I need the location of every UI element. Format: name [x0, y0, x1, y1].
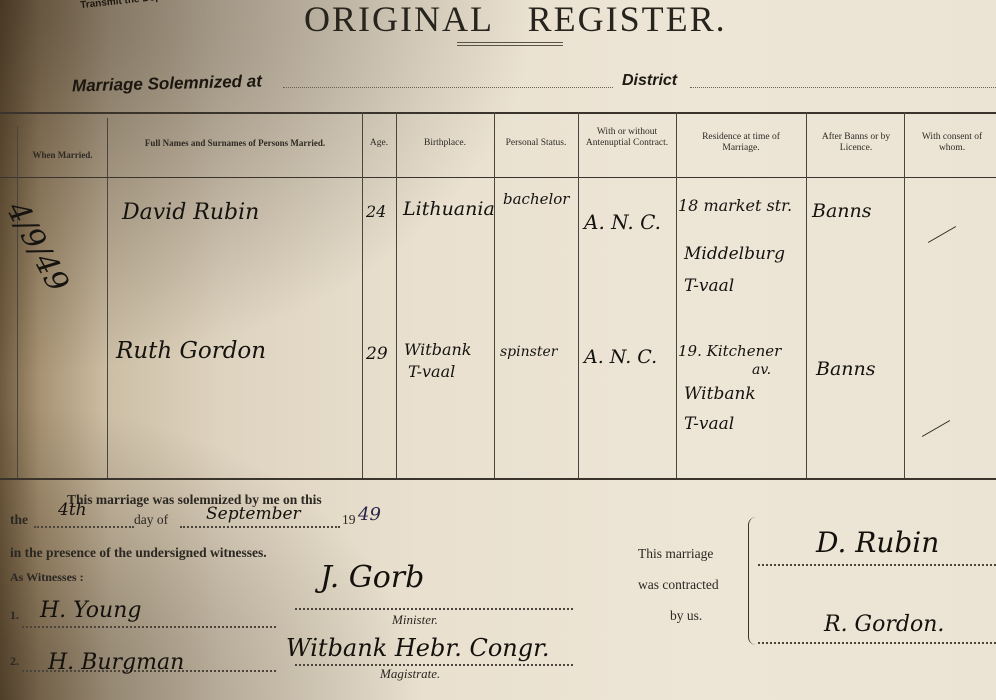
minister-label: Minister. [392, 612, 438, 628]
column-divider [107, 118, 108, 478]
month-field-line [180, 526, 340, 528]
column-divider [676, 112, 677, 478]
column-header-age: Age. [362, 138, 396, 149]
year-prefix: 19 [342, 512, 356, 528]
witnesses-label: As Witnesses : [10, 570, 84, 585]
district-field[interactable] [690, 87, 996, 88]
magistrate-label: Magistrate. [380, 666, 440, 682]
day-field-line [34, 526, 134, 528]
column-divider [578, 112, 579, 478]
table-top-rule [0, 112, 996, 114]
row2-consent-mark [922, 420, 950, 437]
row1-personal-status: bachelor [503, 190, 569, 208]
bride-signature-line [758, 642, 996, 644]
row1-age: 24 [366, 202, 386, 221]
column-divider [806, 112, 807, 478]
column-divider [17, 126, 18, 478]
row2-age: 29 [366, 344, 388, 364]
corner-instruction-text: Transmit the Department [80, 0, 198, 11]
row1-contract: A. N. C. [584, 210, 661, 234]
column-divider [396, 112, 397, 478]
brace-bracket [748, 517, 757, 645]
day-value[interactable]: 4th [58, 500, 87, 520]
column-header-antenuptial-contract: With or without Antenuptial Contract. [582, 127, 672, 149]
district-label: District [622, 72, 677, 90]
row2-residence-line1: 19. Kitchener [678, 342, 781, 360]
contracted-line2: was contracted [638, 577, 719, 593]
row2-residence-line4: T-vaal [684, 414, 734, 434]
solemnized-at-label: Marriage Solemnized at [72, 72, 262, 97]
the-label: the [10, 512, 28, 528]
witness-1-signature[interactable]: H. Young [40, 598, 141, 623]
row2-birthplace-line2: T-vaal [408, 362, 455, 381]
header-bottom-rule [0, 177, 996, 178]
row2-residence-line2: av. [752, 362, 771, 378]
row2-residence-line3: Witbank [684, 384, 756, 404]
magistrate-signature[interactable]: Witbank Hebr. Congr. [286, 634, 550, 662]
row2-personal-status: spinster [500, 344, 557, 360]
row2-name: Ruth Gordon [116, 338, 266, 364]
column-header-birthplace: Birthplace. [396, 138, 494, 149]
row2-birthplace-line1: Witbank [404, 340, 472, 359]
contracted-line1: This marriage [638, 546, 713, 562]
groom-signature[interactable]: D. Rubin [816, 526, 939, 559]
title-underline [457, 42, 563, 46]
solemnized-at-field[interactable] [283, 87, 613, 88]
column-header-full-names: Full Names and Surnames of Persons Marri… [108, 138, 362, 149]
row1-consent-mark [928, 226, 956, 243]
column-divider [494, 112, 495, 478]
minister-signature[interactable]: J. Gorb [320, 560, 424, 595]
row1-residence-line3: T-vaal [684, 276, 734, 296]
year-value[interactable]: 49 [358, 504, 381, 525]
groom-signature-line [758, 564, 996, 566]
minister-line [295, 608, 573, 610]
row1-name: David Rubin [122, 200, 259, 225]
bride-signature[interactable]: R. Gordon. [824, 612, 944, 637]
presence-statement: in the presence of the undersigned witne… [10, 545, 267, 561]
witness-1-number: 1. [10, 608, 19, 623]
row1-banns: Banns [812, 200, 872, 222]
column-header-banns-licence: After Banns or by Licence. [816, 132, 896, 154]
day-of-label: day of [134, 512, 168, 528]
witness-2-signature[interactable]: H. Burgman [48, 650, 184, 675]
contracted-line3: by us. [670, 608, 702, 624]
column-header-when-married: When Married. [18, 150, 107, 161]
row1-residence-line2: Middelburg [684, 244, 785, 264]
row2-contract: A. N. C. [584, 346, 657, 368]
table-bottom-rule [0, 478, 996, 480]
month-value[interactable]: September [206, 504, 301, 524]
column-header-personal-status: Personal Status. [494, 138, 578, 149]
row1-birthplace: Lithuania [403, 198, 495, 220]
column-header-consent: With consent of whom. [908, 132, 996, 154]
when-married-date: 4/9/49 [0, 196, 75, 298]
column-divider [904, 112, 905, 478]
witness-1-line [22, 626, 276, 628]
page-title: ORIGINAL REGISTER. [304, 0, 727, 40]
witness-2-number: 2. [10, 654, 19, 669]
column-divider [362, 112, 363, 478]
register-table: When Married. Full Names and Surnames of… [0, 112, 996, 482]
row2-banns: Banns [816, 358, 876, 380]
row1-residence-line1: 18 market str. [678, 196, 792, 215]
column-header-residence: Residence at time of Marriage. [690, 132, 792, 154]
